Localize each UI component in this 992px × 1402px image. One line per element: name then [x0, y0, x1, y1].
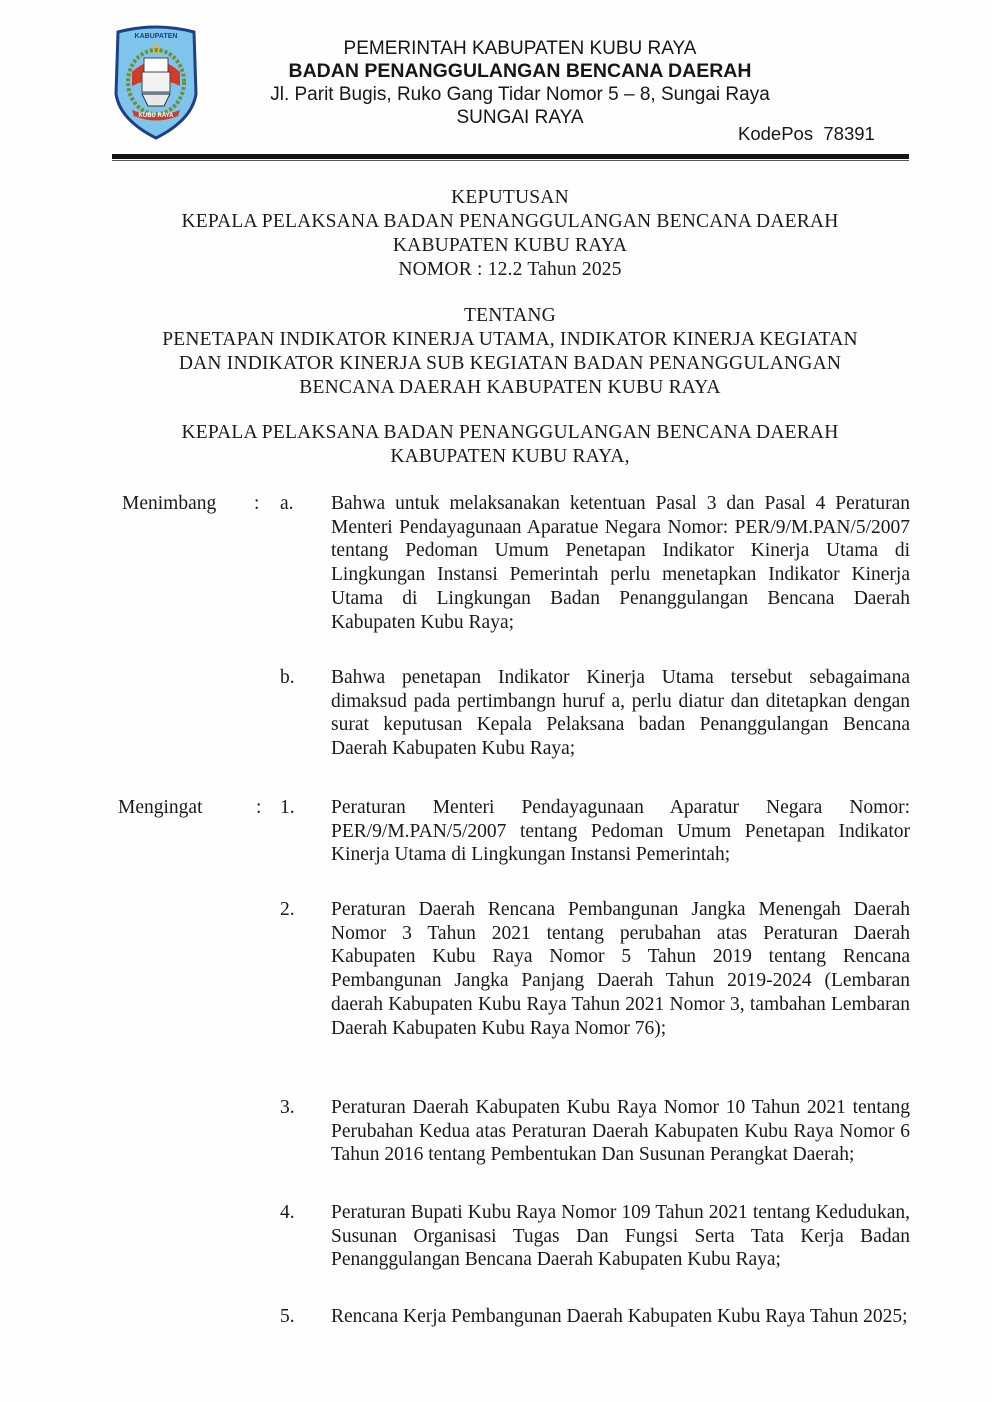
decree-heading: KEPUTUSAN KEPALA PELAKSANA BADAN PENANGG… [100, 186, 920, 282]
svg-text:KABUPATEN: KABUPATEN [135, 33, 178, 40]
subject-line: DAN INDIKATOR KINERJA SUB KEGIATAN BADAN… [100, 352, 920, 376]
decree-number: NOMOR : 12.2 Tahun 2025 [100, 258, 920, 282]
letterhead-city: SUNGAI RAYA [230, 106, 810, 129]
item-number: b. [280, 666, 295, 690]
item-number: 4. [280, 1201, 295, 1225]
item-number: 1. [280, 796, 295, 820]
decree-region: KABUPATEN KUBU RAYA [100, 234, 920, 258]
item-number: 5. [280, 1305, 295, 1329]
official-title: KEPALA PELAKSANA BADAN PENANGGULANGAN BE… [100, 421, 920, 469]
section-colon: : [254, 492, 259, 516]
letterhead-postal-code: KodePos 78391 [738, 123, 875, 145]
subject-line: BENCANA DAERAH KABUPATEN KUBU RAYA [100, 376, 920, 400]
subject-label: TENTANG [100, 304, 920, 328]
list-item: Peraturan Daerah Kabupaten Kubu Raya Nom… [331, 1096, 910, 1167]
item-number: 2. [280, 898, 295, 922]
list-item: Peraturan Daerah Rencana Pembangunan Jan… [331, 898, 910, 1040]
section-colon: : [256, 796, 261, 820]
official-line: KEPALA PELAKSANA BADAN PENANGGULANGAN BE… [100, 421, 920, 445]
kabupaten-kubu-raya-emblem-icon: KABUPATEN KUBU RAYA [112, 24, 200, 140]
section-label-mengingat: Mengingat [118, 796, 202, 820]
letterhead-divider [112, 154, 909, 159]
list-item: Peraturan Menteri Pendayagunaan Aparatur… [331, 796, 910, 867]
list-item: Bahwa penetapan Indikator Kinerja Utama … [331, 666, 910, 761]
letterhead-government: PEMERINTAH KABUPATEN KUBU RAYA [230, 38, 810, 60]
decree-type: KEPUTUSAN [100, 186, 920, 210]
decree-subject: TENTANG PENETAPAN INDIKATOR KINERJA UTAM… [100, 304, 920, 400]
list-item: Bahwa untuk melaksanakan ketentuan Pasal… [331, 492, 910, 634]
letterhead: PEMERINTAH KABUPATEN KUBU RAYA BADAN PEN… [230, 38, 810, 129]
decree-issuer: KEPALA PELAKSANA BADAN PENANGGULANGAN BE… [100, 210, 920, 234]
letterhead-divider-thin [112, 160, 909, 161]
list-item: Peraturan Bupati Kubu Raya Nomor 109 Tah… [331, 1201, 910, 1272]
item-number: 3. [280, 1096, 295, 1120]
item-number: a. [280, 492, 294, 516]
list-item: Rencana Kerja Pembangunan Daerah Kabupat… [331, 1305, 910, 1329]
section-label-menimbang: Menimbang [122, 492, 216, 516]
letterhead-agency: BADAN PENANGGULANGAN BENCANA DAERAH [230, 60, 810, 83]
document-page: KABUPATEN KUBU RAYA PEMERINTAH KABUPATEN… [0, 0, 992, 1402]
svg-text:KUBU RAYA: KUBU RAYA [139, 113, 175, 119]
official-line: KABUPATEN KUBU RAYA, [100, 445, 920, 469]
letterhead-address: Jl. Parit Bugis, Ruko Gang Tidar Nomor 5… [230, 83, 810, 106]
subject-line: PENETAPAN INDIKATOR KINERJA UTAMA, INDIK… [100, 328, 920, 352]
